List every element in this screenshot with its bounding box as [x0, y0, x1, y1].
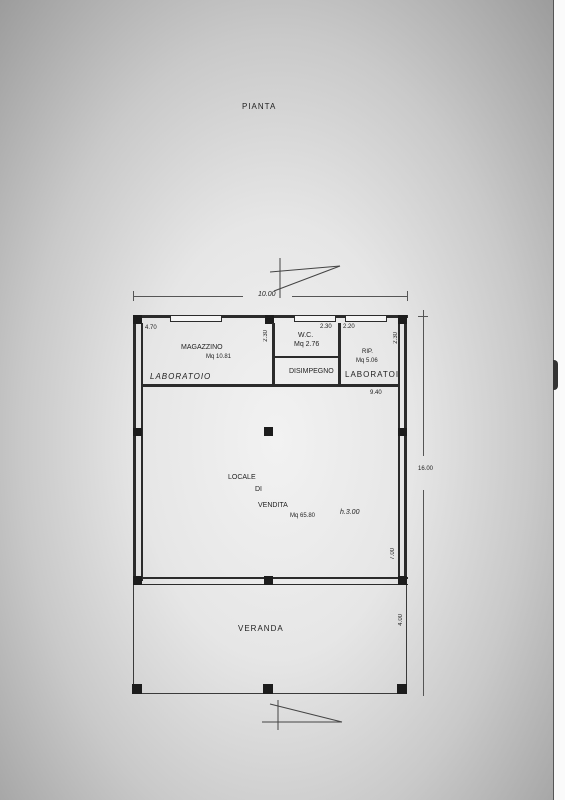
wall-west-inner	[141, 323, 143, 581]
veranda-column	[397, 684, 407, 694]
window	[170, 315, 222, 322]
column	[264, 576, 273, 585]
dim-laboratori-band: 9.40	[370, 390, 382, 396]
room-rip-sublabel: LABORATOI	[345, 370, 399, 379]
drawing-title: PIANTA	[242, 102, 276, 111]
room-vendita-line-2: DI	[255, 486, 262, 493]
dim-wc-width: 2.30	[320, 324, 332, 330]
wall-east-inner	[398, 323, 400, 581]
room-wc-name: W.C.	[298, 332, 313, 339]
room-vendita-height: h.3.00	[340, 509, 359, 516]
dimension-line-vertical	[423, 490, 424, 696]
dim-veranda-depth: 4.00	[398, 614, 404, 626]
partition-wc	[275, 356, 338, 358]
room-vendita-line-3: VENDITA	[258, 502, 288, 509]
window	[345, 315, 387, 322]
column	[133, 315, 142, 324]
room-magazzino-area: Mq 10.81	[206, 354, 231, 360]
section-marker-bottom-icon	[262, 700, 346, 730]
window	[294, 315, 336, 322]
binder-tab	[553, 360, 558, 390]
column	[133, 576, 142, 585]
section-marker-top-icon	[270, 258, 350, 298]
column	[133, 428, 142, 436]
room-magazzino-sublabel: LABORATOIO	[150, 372, 211, 381]
column	[264, 427, 273, 436]
room-rip-name: RIP.	[362, 349, 373, 355]
overall-length-label: 16.00	[418, 466, 433, 472]
dimension-line-vertical	[423, 310, 424, 456]
wall-west	[133, 315, 136, 585]
dim-rip-depth: 2.30	[393, 332, 399, 344]
room-disimpegno-name: DISIMPEGNO	[289, 368, 334, 375]
column	[398, 428, 407, 436]
veranda-column	[263, 684, 273, 694]
veranda-edge-west	[133, 585, 134, 685]
dimension-tick	[418, 316, 428, 317]
dim-magazzino-depth: 2.30	[263, 330, 269, 342]
dimension-tick	[133, 291, 134, 301]
room-veranda-name: VERANDA	[238, 624, 284, 633]
veranda-edge-east	[406, 585, 407, 685]
dimension-line	[292, 296, 408, 297]
dimension-tick	[407, 291, 408, 301]
partition-laboratori	[141, 384, 399, 387]
dim-magazzino-width: 4.70	[145, 325, 157, 331]
room-wc-area: Mq 2.76	[294, 341, 319, 348]
column	[398, 315, 407, 324]
dim-vendita-depth: 7.00	[390, 548, 396, 560]
partition-magazzino	[272, 323, 275, 385]
scanned-sheet	[0, 0, 553, 800]
dim-rip-width: 2.20	[343, 324, 355, 330]
room-vendita-line-1: LOCALE	[228, 474, 256, 481]
veranda-column	[132, 684, 142, 694]
overall-width-value: 10.00	[258, 291, 276, 298]
room-vendita-area: Mq 65.80	[290, 513, 315, 519]
sheet-edge	[553, 0, 565, 800]
room-rip-area: Mq 5.06	[356, 358, 378, 364]
room-magazzino-name: MAGAZZINO	[181, 344, 223, 351]
column	[398, 576, 407, 585]
dimension-line	[133, 296, 243, 297]
wall-east	[404, 315, 407, 585]
partition-rip	[338, 323, 341, 385]
